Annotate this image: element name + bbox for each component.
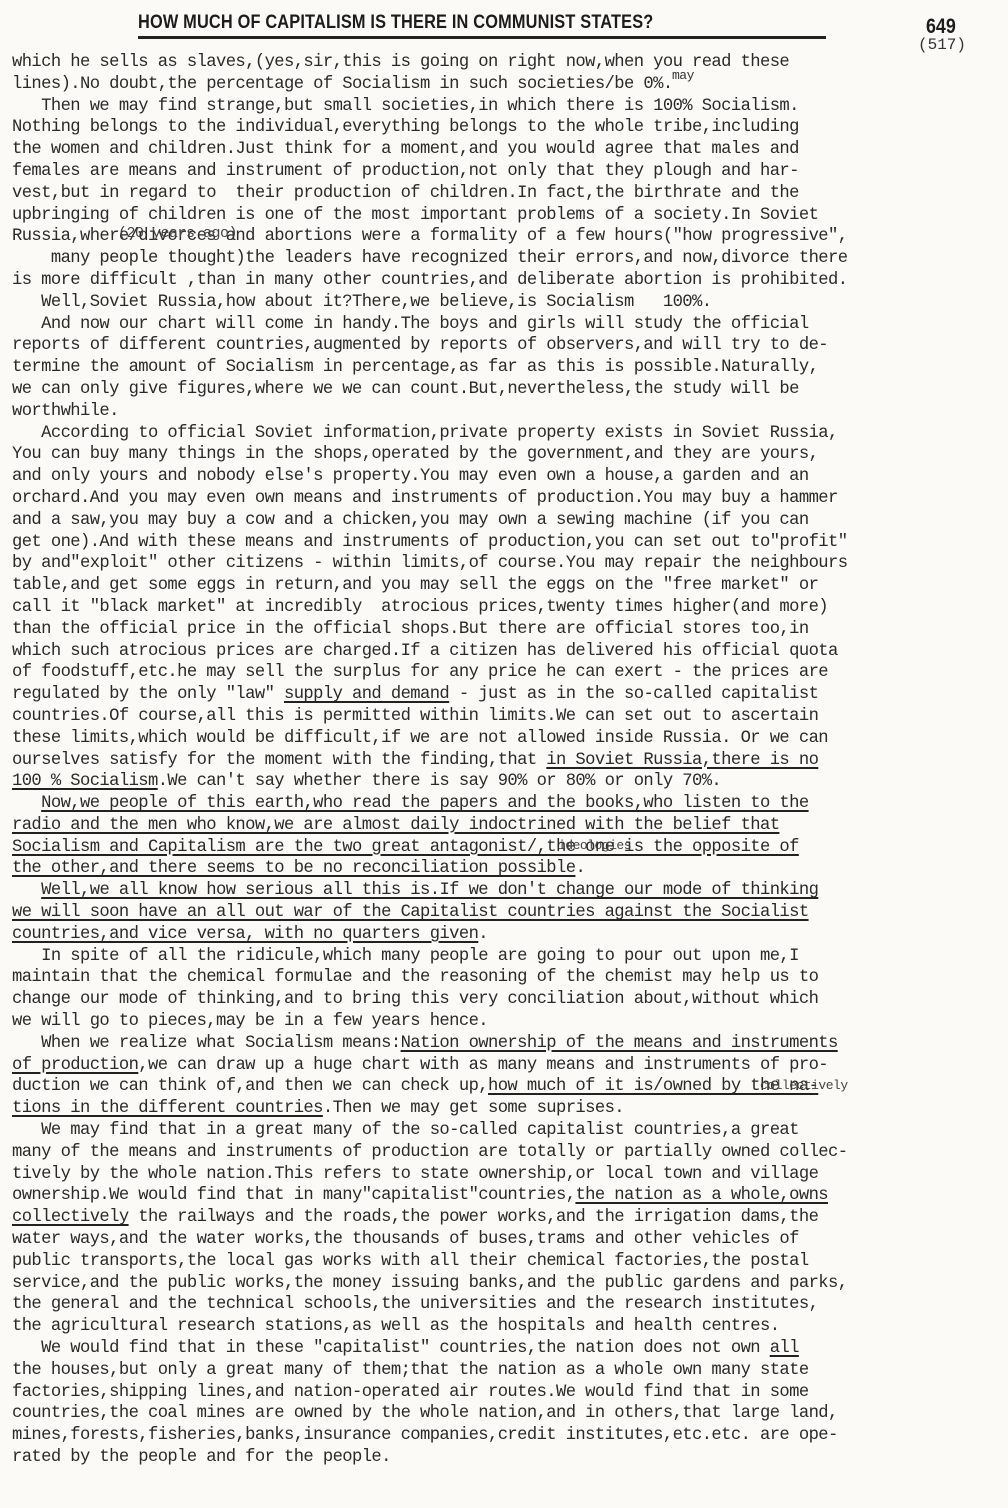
text-line: Well,we all know how serious all this is… (12, 880, 1002, 902)
text-line: these limits,which would be difficult,if… (12, 728, 1002, 750)
text-line: we will go to pieces,may be in a few yea… (12, 1011, 1002, 1033)
text-line: table,and get some eggs in return,and yo… (12, 575, 1002, 597)
text-line: the women and children.Just think for a … (12, 139, 1002, 161)
text-line: by and"exploit" other citizens - within … (12, 553, 1002, 575)
text-line: In spite of all the ridicule,which many … (12, 946, 1002, 968)
text-line: countries.Of course,all this is permitte… (12, 706, 1002, 728)
underlined-phrase: tions in the different countries (12, 1099, 323, 1118)
text-line: duction we can think of,and then we can … (12, 1076, 1002, 1098)
text-line: ownership.We would find that in many"cap… (12, 1185, 1002, 1207)
underlined-phrase: Socialism and Capitalism are the two gre… (12, 838, 799, 857)
underlined-phrase: we will soon have an all out war of the … (12, 903, 809, 922)
text-line: and a saw,you may buy a cow and a chicke… (12, 510, 1002, 532)
handwritten-note-twenty-years-ago: (20 years ago) (118, 225, 237, 242)
text-line: get one).And with these means and instru… (12, 532, 1002, 554)
text-line: vest,but in regard to their production o… (12, 183, 1002, 205)
text-line: the agricultural research stations,as we… (12, 1316, 1002, 1338)
underlined-phrase: the other,and there seems to be no recon… (12, 859, 575, 878)
text-line: Socialism and Capitalism are the two gre… (12, 837, 1002, 859)
text-line: Then we may find strange,but small socie… (12, 96, 1002, 118)
typed-note-ideologies: ideologies (558, 838, 631, 853)
text-line: Nothing belongs to the individual,everyt… (12, 117, 1002, 139)
text-line: lines).No doubt,the percentage of Social… (12, 74, 1002, 96)
text-line: countries,the coal mines are owned by th… (12, 1403, 1002, 1425)
text-line: upbringing of children is one of the mos… (12, 205, 1002, 227)
text-line: than the official price in the official … (12, 619, 1002, 641)
text-line: ourselves satisfy for the moment with th… (12, 750, 1002, 772)
typed-note-collectively: collectively (760, 1078, 848, 1093)
text-line: we can only give figures,where we we can… (12, 379, 1002, 401)
underlined-phrase: Now,we people of this earth,who read the… (41, 794, 808, 813)
text-line: rated by the people and for the people. (12, 1447, 1002, 1469)
underlined-phrase: collectively (12, 1208, 129, 1227)
text-line: And now our chart will come in handy.The… (12, 314, 1002, 336)
text-line: water ways,and the water works,the thous… (12, 1229, 1002, 1251)
text-line: mines,forests,fisheries,banks,insurance … (12, 1425, 1002, 1447)
text-line: You can buy many things in the shops,ope… (12, 444, 1002, 466)
underlined-phrase: Well,we all know how serious all this is… (41, 881, 818, 900)
text-line: reports of different countries,augmented… (12, 335, 1002, 357)
text-line: and only yours and nobody else's propert… (12, 466, 1002, 488)
underlined-phrase: Nation ownership of the means and instru… (401, 1034, 838, 1053)
text-line: Well,Soviet Russia,how about it?There,we… (12, 292, 1002, 314)
text-line: the houses,but only a great many of them… (12, 1360, 1002, 1382)
text-line: tions in the different countries.Then we… (12, 1098, 1002, 1120)
text-line: public transports,the local gas works wi… (12, 1251, 1002, 1273)
text-line: factories,shipping lines,and nation-oper… (12, 1382, 1002, 1404)
text-line: of foodstuff,etc.he may sell the surplus… (12, 662, 1002, 684)
text-line: maintain that the chemical formulae and … (12, 967, 1002, 989)
text-line: worthwhile. (12, 401, 1002, 423)
text-line: Now,we people of this earth,who read the… (12, 793, 1002, 815)
text-line: females are means and instrument of prod… (12, 161, 1002, 183)
text-line: the general and the technical schools,th… (12, 1294, 1002, 1316)
text-line: We may find that in a great many of the … (12, 1120, 1002, 1142)
text-line: 100 % Socialism.We can't say whether the… (12, 771, 1002, 793)
underlined-phrase: 100 % Socialism (12, 772, 158, 791)
underlined-phrase: in Soviet Russia,there is no (546, 751, 818, 770)
underlined-phrase: radio and the men who know,we are almost… (12, 816, 779, 835)
text-line: many of the means and instruments of pro… (12, 1142, 1002, 1164)
underlined-phrase: of production (12, 1056, 138, 1075)
underlined-phrase: the nation as a whole,owns (575, 1186, 828, 1205)
underlined-phrase: supply and demand (284, 685, 449, 704)
text-line: change our mode of thinking,and to bring… (12, 989, 1002, 1011)
text-line: When we realize what Socialism means:Nat… (12, 1033, 1002, 1055)
text-line: of production,we can draw up a huge char… (12, 1055, 1002, 1077)
text-line: we will soon have an all out war of the … (12, 902, 1002, 924)
text-line: We would find that in these "capitalist"… (12, 1338, 1002, 1360)
page-title: HOW MUCH OF CAPITALISM IS THERE IN COMMU… (138, 12, 826, 39)
text-line: According to official Soviet information… (12, 423, 1002, 445)
text-line: radio and the men who know,we are almost… (12, 815, 1002, 837)
document-body: which he sells as slaves,(yes,sir,this i… (12, 52, 1002, 1469)
text-line: many people thought)the leaders have rec… (12, 248, 1002, 270)
text-line: which he sells as slaves,(yes,sir,this i… (12, 52, 1002, 74)
handwritten-note-may: may (672, 68, 694, 83)
text-line: termine the amount of Socialism in perce… (12, 357, 1002, 379)
text-line: the other,and there seems to be no recon… (12, 858, 1002, 880)
text-line: orchard.And you may even own means and i… (12, 488, 1002, 510)
text-line: service,and the public works,the money i… (12, 1273, 1002, 1295)
text-line: tively by the whole nation.This refers t… (12, 1164, 1002, 1186)
text-line: countries,and vice versa, with no quarte… (12, 924, 1002, 946)
underlined-phrase: all (770, 1339, 799, 1358)
text-line: regulated by the only "law" supply and d… (12, 684, 1002, 706)
text-line: is more difficult ,than in many other co… (12, 270, 1002, 292)
text-line: collectively the railways and the roads,… (12, 1207, 1002, 1229)
page-header: HOW MUCH OF CAPITALISM IS THERE IN COMMU… (0, 10, 1008, 54)
underlined-phrase: countries,and vice versa, with no quarte… (12, 925, 478, 944)
text-line: call it "black market" at incredibly atr… (12, 597, 1002, 619)
text-line: which such atrocious prices are charged.… (12, 641, 1002, 663)
